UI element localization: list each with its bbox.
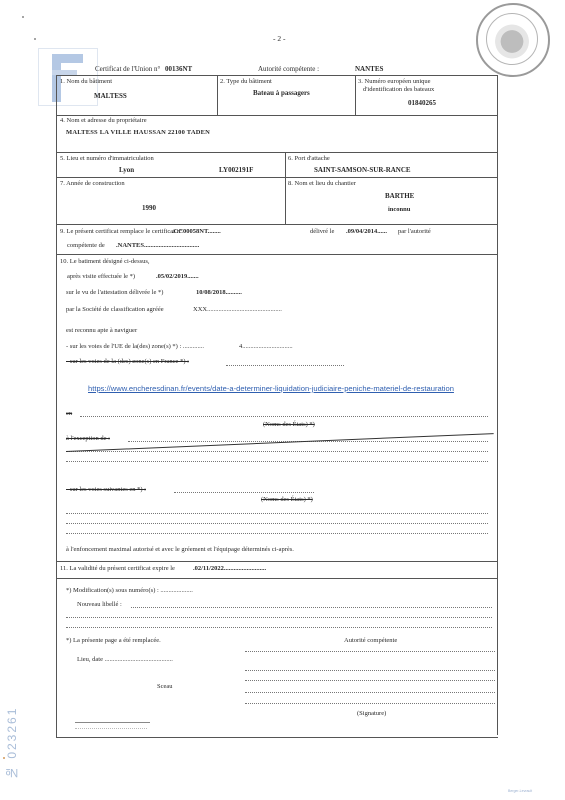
page-replaced-text: *) La présente page a été remplacée. bbox=[66, 637, 161, 644]
place-date-label: Lieu, date .............................… bbox=[77, 656, 173, 663]
section-9-competent-label: compétente de bbox=[67, 242, 105, 249]
field-6-value: SAINT-SAMSON-SUR-RANCE bbox=[314, 166, 411, 174]
visit-date: .05/02/2019....... bbox=[156, 273, 199, 280]
field-3-value: 01840265 bbox=[408, 99, 436, 107]
states-note-1: (Noms des États) *) bbox=[263, 421, 315, 428]
field-8-name: BARTHE bbox=[385, 192, 414, 200]
section-9-text: 9. Le présent certificat remplace le cer… bbox=[60, 228, 182, 235]
scan-dot bbox=[34, 38, 36, 40]
field-5-number: LY002191F bbox=[219, 166, 253, 174]
following-voies-label: - sur les voies suivantes en *) : bbox=[66, 486, 146, 493]
section-10-title: 10. Le batiment désigné ci-dessus, bbox=[60, 258, 150, 265]
attest-label: sur le vu de l'attestation délivrée le *… bbox=[66, 289, 163, 296]
society-label: par la Société de classification agréée bbox=[66, 306, 164, 313]
section-9-authority-text: par l'autorité bbox=[398, 228, 431, 235]
section-9-issued-label: délivré le bbox=[310, 228, 334, 235]
field-8-label: 8. Nom et lieu du chantier bbox=[288, 180, 356, 187]
field-7-value: 1990 bbox=[142, 204, 156, 212]
scan-dot bbox=[3, 757, 5, 759]
states-note-2: (Noms des États) *) bbox=[261, 496, 313, 503]
field-7-label: 7. Année de construction bbox=[60, 180, 125, 187]
section-9-certificate: .CC00058NT........ bbox=[172, 228, 221, 235]
modifications-label: *) Modification(s) sous numéro(s) : ....… bbox=[66, 587, 193, 594]
frame-bottom bbox=[56, 737, 498, 738]
field-6-label: 6. Port d'attache bbox=[288, 155, 330, 162]
footnote-text-faint bbox=[75, 728, 147, 729]
field-5-label: 5. Lieu et numéro d'immatriculation bbox=[60, 155, 154, 162]
signature-label: (Signature) bbox=[357, 710, 386, 717]
society-value: XXX.....................................… bbox=[193, 306, 282, 313]
page-number: - 2 - bbox=[273, 34, 286, 43]
section-9-authority: .NANTES.................................… bbox=[116, 242, 199, 249]
field-8-place: inconnu bbox=[388, 206, 410, 213]
f-logo-icon-top bbox=[52, 54, 83, 63]
field-3-label-1: 3. Numéro européen unique bbox=[358, 78, 431, 85]
strike-diagonal bbox=[66, 433, 494, 452]
field-4-value: MALTESS LA VILLE HAUSSAN 22100 TADEN bbox=[66, 129, 210, 136]
section-11-date: .02/11/2022.......................... bbox=[193, 565, 266, 572]
field-1-value: MALTESS bbox=[94, 92, 127, 100]
frame-left bbox=[56, 75, 57, 737]
section-11-label: 11. La validité du présent certificat ex… bbox=[60, 565, 175, 572]
visit-label: après visite effectuée le *) bbox=[67, 273, 135, 280]
field-2-label: 2. Type du bâtiment bbox=[220, 78, 272, 85]
footer-mark: Berger-Levrault bbox=[508, 789, 532, 793]
draught-text: à l'enfoncement maximal autorisé et avec… bbox=[66, 546, 294, 553]
certificate-number: 00136NT bbox=[165, 65, 192, 73]
seal-label: Sceau bbox=[157, 683, 173, 690]
france-zones-label: - sur les voies de la (des) zone(s) en F… bbox=[66, 358, 189, 365]
new-label-label: Nouveau libellé : bbox=[77, 601, 122, 608]
exception-label: à l'exception de : bbox=[66, 435, 110, 442]
competent-authority-label: Autorité compétente bbox=[344, 637, 397, 644]
frame-right bbox=[497, 75, 498, 735]
section-9-date: .09/04/2014...... bbox=[346, 228, 387, 235]
field-3-label-2: d'identification des bateaux bbox=[363, 86, 434, 93]
serial-number: № 023261 bbox=[5, 690, 25, 780]
ue-zone-value: 4............................... bbox=[239, 343, 293, 350]
authority-value: NANTES bbox=[355, 65, 383, 73]
stamp-emblem-icon bbox=[486, 13, 538, 65]
recognized-text: est reconnu apte à naviguer bbox=[66, 327, 137, 334]
field-2-value: Bateau à passagers bbox=[253, 89, 310, 97]
auction-link[interactable]: https://www.encheresdinan.fr/events/date… bbox=[88, 384, 454, 393]
field-4-label: 4. Nom et adresse du propriétaire bbox=[60, 117, 147, 124]
field-1-label: 1. Nom du bâtiment bbox=[60, 78, 112, 85]
field-5-place: Lyon bbox=[119, 166, 134, 174]
attest-date: 10/08/2018.......... bbox=[196, 289, 242, 296]
certificate-label: Certificat de l'Union n° bbox=[95, 65, 160, 73]
authority-label: Autorité compétente : bbox=[258, 65, 319, 73]
ue-zones-label: - sur les voies de l'UE de la(des) zone(… bbox=[66, 343, 204, 350]
en-label: en bbox=[66, 410, 72, 417]
scan-dot bbox=[22, 16, 24, 18]
footnote-rule bbox=[75, 722, 150, 723]
